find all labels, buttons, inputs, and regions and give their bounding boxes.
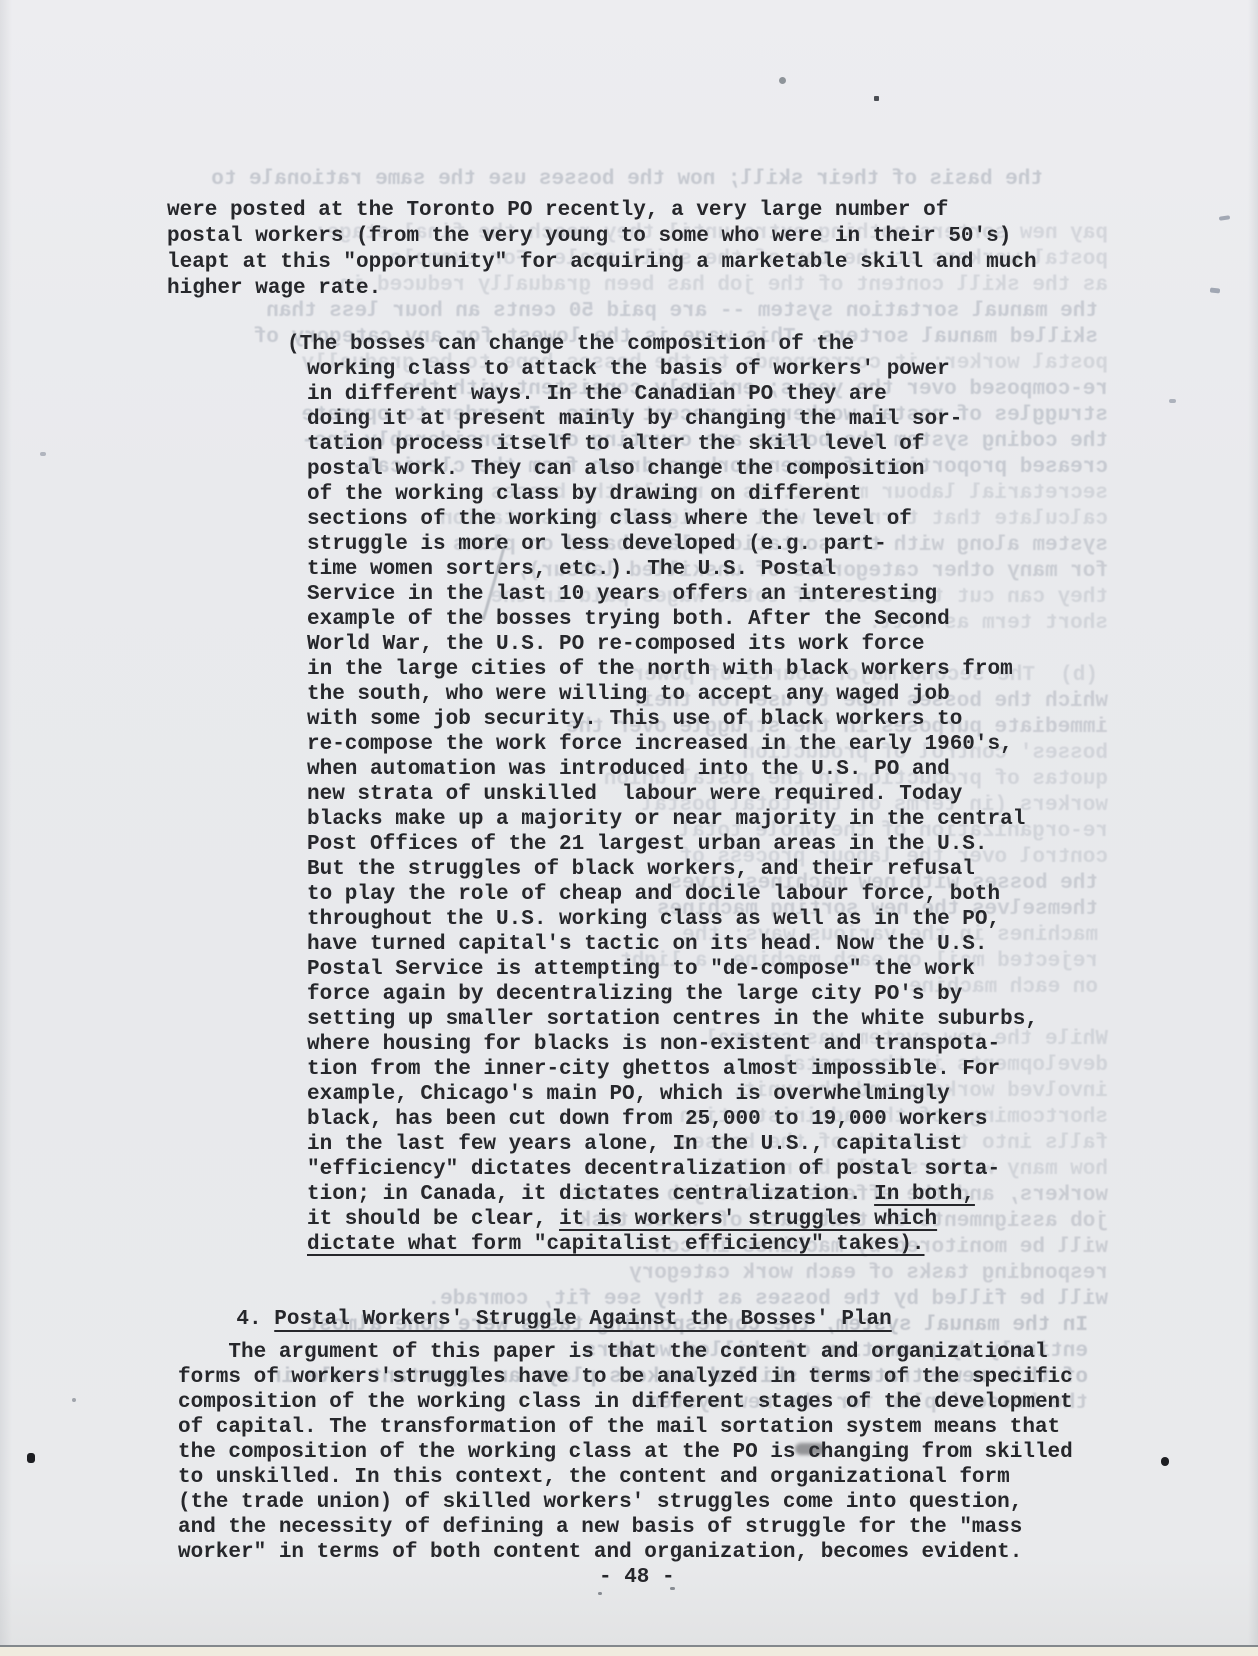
text-segment: Post Offices of the 21 largest urban are… bbox=[307, 833, 988, 856]
text-line: forms of workers'struggles have to be an… bbox=[178, 1365, 1073, 1390]
scanned-document-page: the basis of their skill; now the bosses… bbox=[0, 0, 1258, 1656]
bleedthrough-line: the basis of their skill; now the bosses… bbox=[211, 168, 1043, 191]
text-segment: tation process itself to alter the skill… bbox=[307, 433, 925, 456]
underlined-text: In both, bbox=[874, 1183, 975, 1206]
text-line: sections of the working class where the … bbox=[307, 507, 1038, 532]
text-segment: working class to attack the basis of wor… bbox=[307, 358, 950, 381]
text-segment: example of the bosses trying both. After… bbox=[307, 608, 950, 631]
ink-smudge-changing bbox=[795, 1443, 825, 1455]
text-line: to unskilled. In this context, the conte… bbox=[178, 1465, 1073, 1490]
text-segment: example, Chicago's main PO, which is ove… bbox=[307, 1083, 950, 1106]
text-segment: when automation was introduced into the … bbox=[307, 758, 950, 781]
text-line: But the struggles of black workers, and … bbox=[307, 857, 1038, 882]
text-line: were posted at the Toronto PO recently, … bbox=[167, 198, 1037, 224]
text-line: tion from the inner-city ghettos almost … bbox=[307, 1057, 1038, 1082]
text-line: tation process itself to alter the skill… bbox=[307, 432, 1038, 457]
speck-right-2 bbox=[1210, 287, 1220, 293]
text-line: force again by decentralizing the large … bbox=[307, 982, 1038, 1007]
text-line: black, has been cut down from 25,000 to … bbox=[307, 1107, 1038, 1132]
text-segment: in different ways. In the Canadian PO th… bbox=[307, 383, 887, 406]
text-segment: black, has been cut down from 25,000 to … bbox=[307, 1108, 988, 1131]
section-title: Postal Workers' Struggle Against the Bos… bbox=[274, 1308, 892, 1331]
speck-small-left bbox=[72, 1398, 76, 1402]
text-segment: blacks make up a majority or near majori… bbox=[307, 808, 1025, 831]
section-number: 4. bbox=[236, 1308, 274, 1331]
speck-right-1 bbox=[1219, 215, 1230, 220]
text-line: Service in the last 10 years offers an i… bbox=[307, 582, 1038, 607]
text-segment: higher wage rate. bbox=[167, 277, 381, 300]
closing-paragraph: The argument of this paper is that the c… bbox=[178, 1340, 1073, 1565]
text-segment: "efficiency" dictates decentralization o… bbox=[307, 1158, 1000, 1181]
text-segment: force again by decentralizing the large … bbox=[307, 983, 962, 1006]
text-line: it should be clear, it is workers' strug… bbox=[307, 1207, 1038, 1232]
text-segment: doing it at present mainly by changing t… bbox=[307, 408, 962, 431]
text-segment: new strata of unskilled labour were requ… bbox=[307, 783, 962, 806]
text-line: have turned capital's tactic on its head… bbox=[307, 932, 1038, 957]
text-segment: sections of the working class where the … bbox=[307, 508, 912, 531]
text-line: (the trade union) of skilled workers' st… bbox=[178, 1490, 1073, 1515]
text-segment: struggle is more or less developed (e.g.… bbox=[307, 533, 887, 556]
text-segment: in the last few years alone, In the U.S.… bbox=[307, 1133, 962, 1156]
speck-left-mid bbox=[40, 452, 46, 456]
text-line: Postal Service is attempting to "de-comp… bbox=[307, 957, 1038, 982]
text-line: and the necessity of defining a new basi… bbox=[178, 1515, 1073, 1540]
page-number: - 48 - bbox=[599, 1566, 675, 1589]
text-segment: tion; in Canada, it dictates centralizat… bbox=[307, 1183, 874, 1206]
text-line: blacks make up a majority or near majori… bbox=[307, 807, 1038, 832]
scan-edge-shadow-left bbox=[0, 0, 12, 1656]
text-line: when automation was introduced into the … bbox=[307, 757, 1038, 782]
text-segment: to unskilled. In this context, the conte… bbox=[178, 1466, 1010, 1489]
text-line: higher wage rate. bbox=[167, 276, 1037, 302]
text-line: postal work. They can also change the co… bbox=[307, 457, 1038, 482]
text-segment: The argument of this paper is that the c… bbox=[178, 1341, 1048, 1364]
intro-paragraph: were posted at the Toronto PO recently, … bbox=[167, 198, 1037, 302]
text-segment: composition of the working class in diff… bbox=[178, 1391, 1073, 1414]
text-segment: Postal Service is attempting to "de-comp… bbox=[307, 958, 975, 981]
margin-dot-left bbox=[27, 1453, 35, 1463]
text-line: in the large cities of the north with bl… bbox=[307, 657, 1038, 682]
speck-dot-top bbox=[874, 96, 879, 101]
text-line: World War, the U.S. PO re-composed its w… bbox=[307, 632, 1038, 657]
text-line: to play the role of cheap and docile lab… bbox=[307, 882, 1038, 907]
text-segment: re-compose the work force increased in t… bbox=[307, 733, 1013, 756]
blockquote-paragraph: (The bosses can change the composition o… bbox=[307, 332, 1038, 1257]
text-line: in different ways. In the Canadian PO th… bbox=[307, 382, 1038, 407]
text-line: (The bosses can change the composition o… bbox=[287, 332, 1038, 357]
text-segment: the composition of the working class at … bbox=[178, 1441, 1073, 1464]
text-segment: of the working class by drawing on diffe… bbox=[307, 483, 862, 506]
text-segment: worker" in terms of both content and org… bbox=[178, 1541, 1022, 1564]
text-segment: tion from the inner-city ghettos almost … bbox=[307, 1058, 1000, 1081]
text-segment: throughout the U.S. working class as wel… bbox=[307, 908, 1000, 931]
underlined-text: dictate what form "capitalist efficiency… bbox=[307, 1233, 925, 1256]
text-segment: the south, who were willing to accept an… bbox=[307, 683, 950, 706]
bleedthrough-line: the manual sortation system -- are paid … bbox=[266, 300, 1098, 323]
text-line: with some job security. This use of blac… bbox=[307, 707, 1038, 732]
text-line: the south, who were willing to accept an… bbox=[307, 682, 1038, 707]
text-line: Post Offices of the 21 largest urban are… bbox=[307, 832, 1038, 857]
text-segment: were posted at the Toronto PO recently, … bbox=[167, 199, 948, 222]
text-segment: postal workers (from the very young to s… bbox=[167, 225, 1011, 248]
speck-ring-top bbox=[779, 77, 786, 84]
text-line: example, Chicago's main PO, which is ove… bbox=[307, 1082, 1038, 1107]
text-segment: to play the role of cheap and docile lab… bbox=[307, 883, 1000, 906]
underlined-text: it is workers' struggles which bbox=[559, 1208, 937, 1231]
text-line: working class to attack the basis of wor… bbox=[307, 357, 1038, 382]
text-segment: But the struggles of black workers, and … bbox=[307, 858, 975, 881]
text-segment: Service in the last 10 years offers an i… bbox=[307, 583, 937, 606]
text-line: The argument of this paper is that the c… bbox=[178, 1340, 1073, 1365]
text-line: composition of the working class in diff… bbox=[178, 1390, 1073, 1415]
speck-below-pageno-1 bbox=[598, 1592, 602, 1595]
text-segment: time women sorters, etc.). The U.S. Post… bbox=[307, 558, 836, 581]
text-segment: in the large cities of the north with bl… bbox=[307, 658, 1013, 681]
text-segment: and the necessity of defining a new basi… bbox=[178, 1516, 1022, 1539]
text-segment: World War, the U.S. PO re-composed its w… bbox=[307, 633, 925, 656]
text-segment: leapt at this "opportunity" for acquirin… bbox=[167, 251, 1037, 274]
text-segment: of capital. The transformation of the ma… bbox=[178, 1416, 1060, 1439]
text-segment: (The bosses can change the composition o… bbox=[287, 333, 854, 356]
speck-below-pageno-2 bbox=[670, 1587, 675, 1590]
text-line: struggle is more or less developed (e.g.… bbox=[307, 532, 1038, 557]
scan-bottom-edge bbox=[0, 1645, 1258, 1656]
text-line: leapt at this "opportunity" for acquirin… bbox=[167, 250, 1037, 276]
text-line: of capital. The transformation of the ma… bbox=[178, 1415, 1073, 1440]
text-segment: where housing for blacks is non-existent… bbox=[307, 1033, 1000, 1056]
text-segment: have turned capital's tactic on its head… bbox=[307, 933, 988, 956]
text-segment: with some job security. This use of blac… bbox=[307, 708, 962, 731]
text-segment: postal work. They can also change the co… bbox=[307, 458, 925, 481]
bleedthrough-line: responding tasks of each work category bbox=[629, 1262, 1108, 1285]
scan-edge-shadow-right bbox=[1248, 0, 1258, 1656]
text-line: postal workers (from the very young to s… bbox=[167, 224, 1037, 250]
text-line: example of the bosses trying both. After… bbox=[307, 607, 1038, 632]
text-line: throughout the U.S. working class as wel… bbox=[307, 907, 1038, 932]
text-line: in the last few years alone, In the U.S.… bbox=[307, 1132, 1038, 1157]
text-line: dictate what form "capitalist efficiency… bbox=[307, 1232, 1038, 1257]
text-segment: forms of workers'struggles have to be an… bbox=[178, 1366, 1073, 1389]
text-line: worker" in terms of both content and org… bbox=[178, 1540, 1073, 1565]
margin-dot-right bbox=[1161, 1457, 1169, 1466]
text-line: re-compose the work force increased in t… bbox=[307, 732, 1038, 757]
text-line: time women sorters, etc.). The U.S. Post… bbox=[307, 557, 1038, 582]
text-line: setting up smaller sortation centres in … bbox=[307, 1007, 1038, 1032]
text-line: new strata of unskilled labour were requ… bbox=[307, 782, 1038, 807]
text-segment: setting up smaller sortation centres in … bbox=[307, 1008, 1038, 1031]
text-line: "efficiency" dictates decentralization o… bbox=[307, 1157, 1038, 1182]
text-segment: (the trade union) of skilled workers' st… bbox=[178, 1491, 1022, 1514]
text-line: of the working class by drawing on diffe… bbox=[307, 482, 1038, 507]
text-line: the composition of the working class at … bbox=[178, 1440, 1073, 1465]
text-line: where housing for blacks is non-existent… bbox=[307, 1032, 1038, 1057]
text-line: doing it at present mainly by changing t… bbox=[307, 407, 1038, 432]
text-segment: it should be clear, bbox=[307, 1208, 559, 1231]
text-line: tion; in Canada, it dictates centralizat… bbox=[307, 1182, 1038, 1207]
speck-right-3 bbox=[1169, 399, 1176, 403]
